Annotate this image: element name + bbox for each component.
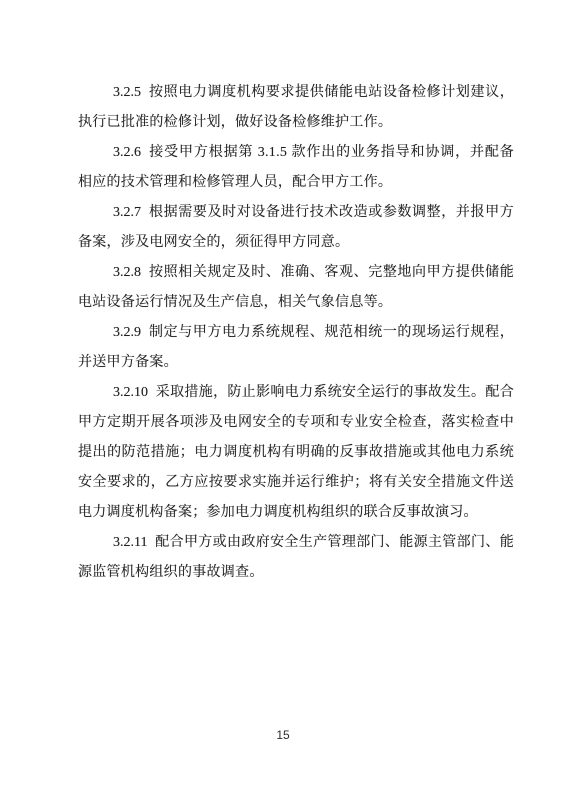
page-number: 15	[0, 728, 566, 742]
clause-text: 接受甲方根据第 3.1.5 款作出的业务指导和协调，并配备相应的技术管理和检修管…	[78, 145, 514, 190]
document-page: 3.2.5按照电力调度机构要求提供储能电站设备检修计划建议，执行已批准的检修计划…	[0, 0, 566, 800]
clause-paragraph: 3.2.9制定与甲方电力系统规程、规范相统一的现场运行规程，并送甲方备案。	[78, 318, 514, 378]
clause-text: 制定与甲方电力系统规程、规范相统一的现场运行规程，并送甲方备案。	[78, 325, 514, 370]
clause-number: 3.2.5	[113, 85, 141, 100]
clause-paragraph: 3.2.8按照相关规定及时、准确、客观、完整地向甲方提供储能电站设备运行情况及生…	[78, 258, 514, 318]
clause-paragraph: 3.2.10采取措施，防止影响电力系统安全运行的事故发生。配合甲方定期开展各项涉…	[78, 378, 514, 528]
clause-number: 3.2.8	[113, 265, 141, 280]
contract-clauses: 3.2.5按照电力调度机构要求提供储能电站设备检修计划建议，执行已批准的检修计划…	[78, 78, 514, 588]
clause-number: 3.2.10	[113, 385, 148, 400]
clause-paragraph: 3.2.7根据需要及时对设备进行技术改造或参数调整，并报甲方备案，涉及电网安全的…	[78, 198, 514, 258]
clause-paragraph: 3.2.5按照电力调度机构要求提供储能电站设备检修计划建议，执行已批准的检修计划…	[78, 78, 514, 138]
clause-number: 3.2.9	[113, 325, 141, 340]
clause-text: 按照相关规定及时、准确、客观、完整地向甲方提供储能电站设备运行情况及生产信息，相…	[78, 265, 514, 310]
clause-text: 按照电力调度机构要求提供储能电站设备检修计划建议，执行已批准的检修计划，做好设备…	[78, 85, 514, 130]
clause-text: 采取措施，防止影响电力系统安全运行的事故发生。配合甲方定期开展各项涉及电网安全的…	[78, 385, 514, 520]
clause-paragraph: 3.2.11配合甲方或由政府安全生产管理部门、能源主管部门、能源监管机构组织的事…	[78, 528, 514, 588]
clause-paragraph: 3.2.6接受甲方根据第 3.1.5 款作出的业务指导和协调，并配备相应的技术管…	[78, 138, 514, 198]
clause-number: 3.2.7	[113, 205, 141, 220]
clause-number: 3.2.11	[113, 535, 147, 550]
clause-text: 根据需要及时对设备进行技术改造或参数调整，并报甲方备案，涉及电网安全的，须征得甲…	[78, 205, 514, 250]
clause-number: 3.2.6	[113, 145, 141, 160]
